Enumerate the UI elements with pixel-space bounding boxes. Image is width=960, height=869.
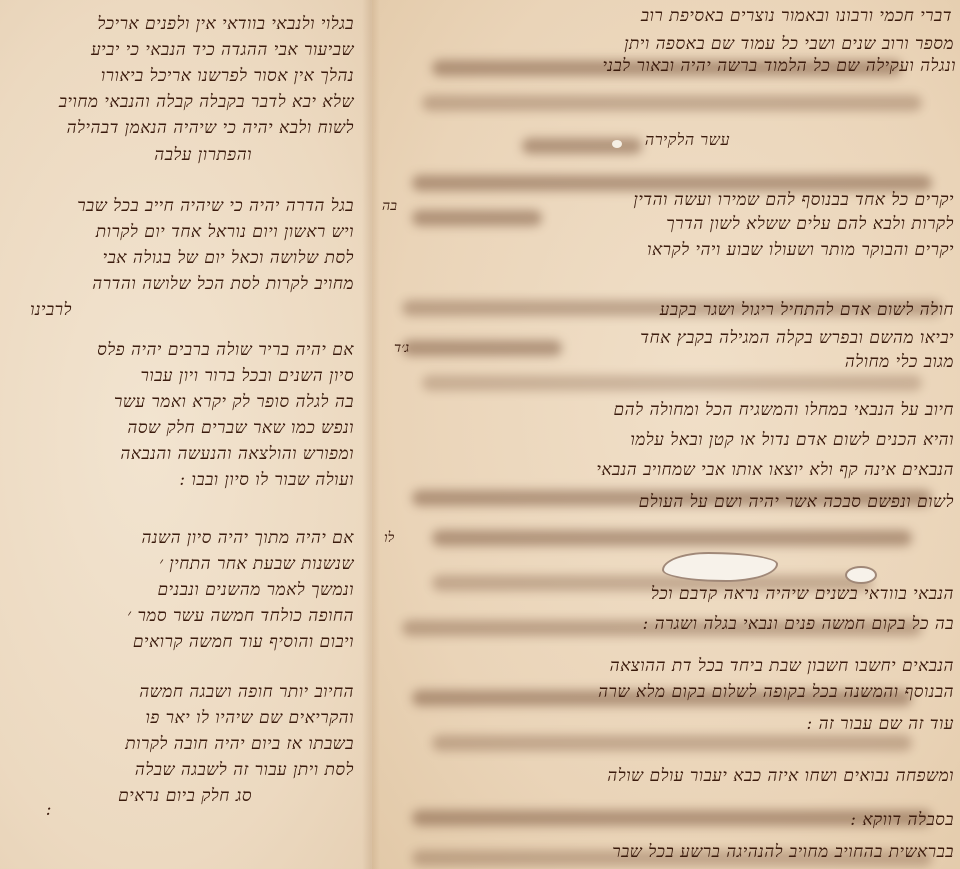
right-line-11: והיא הכנים לשום אדם נדול או קטן ובאל עלמ… — [630, 430, 954, 450]
ink-bleed — [522, 138, 642, 154]
left-line-28: : — [46, 800, 52, 820]
margin-note: בה — [382, 198, 397, 215]
left-line-16: ומפורש והולצאה והנעשה והנבאה — [120, 444, 354, 464]
left-line-20: ונמשך לאמר מהשנים ונבנים — [158, 580, 354, 600]
left-line-24: והקריאים שם שיהיו לו יאר פו — [146, 708, 354, 728]
left-line-26: לסת ויתן עבור זה לשבגה שבלה — [135, 760, 354, 780]
left-line-12: אם יהיה בריר שולה ברבים יהיה פלס — [97, 340, 354, 360]
right-line-3: ונגלה ועקילה שם כל הלמוד ברשה יהיה ובאור… — [602, 56, 956, 76]
ink-bleed — [412, 175, 932, 191]
left-line-27: סג חלק ביום נראים — [118, 786, 252, 806]
left-line-4: שלא יבא לדבר בקבלה קבלה והנבאי מחויב — [59, 92, 354, 112]
left-line-9: לסת שלושה וכאל יום של בגולה אבי — [103, 248, 354, 268]
right-line-9: מגוב כלי מחולה — [845, 352, 954, 372]
right-line-16: הנבאים יחשבו חשבון שבת ביחד בכל דת ההוצא… — [610, 656, 954, 676]
ink-bleed — [432, 530, 912, 546]
left-line-8: ויש ראשון ויום נוראל אחד יום לקרות — [96, 222, 354, 242]
right-line-17: הבנוסף והמשנה בכל בקופה לשלום בקום מלא ש… — [598, 682, 954, 702]
left-line-10: מחויב לקרות לסת הכל שלושה והדרה — [92, 274, 354, 294]
right-line-20: בסבלה דווקא : — [850, 810, 954, 830]
left-line-25: בשבתו אז ביום יהיה חובה לקרות — [125, 734, 354, 754]
ink-bleed — [412, 210, 542, 226]
ink-bleed — [422, 95, 922, 111]
left-line-5: לשוח ולבא יהיה כי שיהיה הנאמן דבהילה — [67, 118, 354, 138]
right-line-1: דברי חכמי ורבונו ובאמור נוצרים באסיפת רו… — [641, 6, 952, 26]
right-line-4: יקרים כל אחד בבנוסף להם שמירו ועשה והדין — [634, 190, 954, 210]
left-line-13: סיון השנים ובכל ברור ויון עבור — [141, 366, 354, 386]
right-manuscript-page: דברי חכמי ורבונו ובאמור נוצרים באסיפת רו… — [372, 0, 960, 869]
right-line-12: הנבאים אינה קף ולא יוצאו אותו אבי שמחויב… — [596, 460, 954, 480]
right-line-14: הנבאי בוודאי בשנים שיהיה נראה קדבם וכל — [651, 584, 954, 604]
right-line-7: חולה לשום אדם להתחיל ריגול ושגר בקבע — [660, 300, 954, 320]
left-line-18: אם יהיה מתוך יהיה סיון השנה — [142, 528, 354, 548]
left-line-1: בגלוי ולנבאי בוודאי אין ולפנים אריכל — [97, 14, 354, 34]
left-line-23: החיוב יותר חופה ושבגה חמשה — [139, 682, 354, 702]
right-line-8: יביאו מהשם ובפרש בקלה המגילה בקבץ אחד — [640, 328, 954, 348]
ink-bleed — [432, 735, 912, 751]
left-line-3: נהלך אין אסור לפרשנו אריכל ביאורו — [101, 66, 354, 86]
right-line-6: יקרים והבוקר מותר ושעולו שבוע ויהי לקראו — [647, 240, 954, 260]
left-line-7: בגל הדרה יהיה כי שיהיה חייב בכל שבר — [77, 196, 354, 216]
margin-note: לו — [384, 530, 394, 547]
right-line-18: עוד זה שם עבור זה : — [806, 714, 954, 734]
parchment-hole — [845, 566, 877, 584]
right-line-5: לקרות ולבא להם עלים ששלא לשון הדרך — [666, 214, 954, 234]
left-line-22: ויבום והוסיף עוד חמשה קרואים — [133, 632, 354, 652]
right-line-15: בה כל בקום חמשה פנים ונבאי בגלה ושגרה : — [642, 614, 954, 634]
ink-bleed — [422, 375, 922, 391]
left-line-15: ונפש כמו שאר שברים חלק שסה — [127, 418, 354, 438]
margin-note: ג׳ד — [394, 340, 409, 357]
right-line-19: ומשפחה נבואים ושחו איזה כבא יעבור עולם ש… — [607, 766, 954, 786]
book-gutter — [362, 0, 380, 869]
ink-bleed — [402, 340, 562, 356]
section-heading: עשר הלקירה — [645, 130, 730, 150]
right-line-10: חיוב על הנבאי במחלו והמשגיח הכל ומחולה ל… — [614, 400, 954, 420]
right-line-2: מספר ורוב שנים ושבי כל עמוד שם באספה וית… — [624, 34, 954, 54]
right-line-13: לשום ונפשם סבכה אשר יהיה ושם על העולם — [639, 492, 954, 512]
left-line-21: החופה כולחד חמשה עשר סמר ׳ — [127, 606, 354, 626]
parchment-damage-speck — [612, 140, 622, 148]
left-line-19: שנשנות שבעת אחר התחין ׳ — [159, 554, 354, 574]
left-manuscript-page: בגלוי ולנבאי בוודאי אין ולפנים אריכל שבי… — [0, 0, 372, 869]
left-line-2: שביעור אבי ההגדה כיד הנבאי כי יביע — [91, 40, 354, 60]
left-line-17: ועולה שבור לו סיון ובבו : — [179, 470, 354, 490]
left-line-6: והפתרון עלבה — [154, 145, 252, 165]
right-line-21: בבראשית בהחויב מחויב להנהיגה ברשע בכל שב… — [612, 842, 954, 862]
left-line-11: לרבינו — [30, 300, 72, 320]
left-line-14: בה לגלה סופר לק יקרא ואמר עשר — [114, 392, 354, 412]
